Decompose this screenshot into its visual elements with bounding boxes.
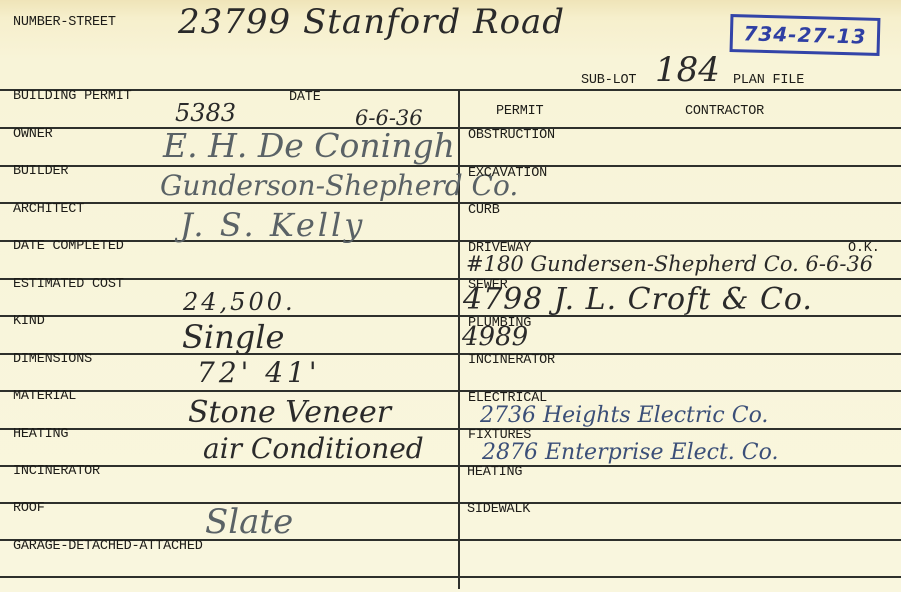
owner-value: E. H. De Coningh [163, 126, 455, 165]
permit-column-header: PERMIT [496, 104, 543, 119]
estimated-cost-label: ESTIMATED COST [13, 277, 124, 292]
curb-label: CURB [468, 203, 500, 218]
sub-lot-label: SUB-LOT [581, 73, 636, 88]
building-permit-value: 5383 [175, 99, 236, 127]
material-label: MATERIAL [13, 389, 76, 404]
kind-value: Single [182, 318, 284, 356]
architect-label: ARCHITECT [13, 202, 84, 217]
rule-line [0, 89, 901, 91]
date-label: DATE [289, 90, 321, 105]
rule-line [0, 165, 901, 167]
plumbing-value: 4989 [462, 322, 528, 352]
plan-file-label: PLAN FILE [733, 73, 804, 88]
heating-value: air Conditioned [203, 432, 424, 465]
rule-line [0, 465, 901, 467]
builder-value: Gunderson-Shepherd Co. [160, 169, 518, 202]
material-value: Stone Veneer [188, 395, 391, 430]
number-street-label: NUMBER-STREET [13, 15, 116, 30]
contractor-column-header: CONTRACTOR [685, 104, 764, 119]
rule-line [0, 576, 901, 578]
sewer-value: 4798 J. L. Croft & Co. [463, 282, 813, 317]
rule-line [0, 390, 901, 392]
architect-value: J. S. Kelly [180, 206, 365, 244]
heating-label: HEATING [13, 427, 68, 442]
file-number-stamp: 734-27-13 [730, 14, 881, 56]
owner-label: OWNER [13, 127, 53, 142]
building-permit-label: BUILDING PERMIT [13, 89, 132, 104]
number-street-value: 23799 Stanford Road [178, 2, 565, 42]
rule-line [0, 240, 901, 242]
fixtures-value: 2876 Enterprise Elect. Co. [482, 440, 778, 465]
building-permit-card: NUMBER-STREET 23799 Stanford Road 734-27… [0, 0, 901, 592]
driveway-value: #180 Gundersen-Shepherd Co. 6-6-36 [466, 252, 873, 276]
sub-lot-value: 184 [655, 50, 720, 90]
roof-value: Slate [205, 502, 293, 542]
column-divider [458, 89, 460, 589]
kind-label: KIND [13, 314, 45, 329]
dimensions-value: 72' 41' [197, 356, 321, 389]
incinerator-label: INCINERATOR [13, 464, 100, 479]
sidewalk-label: SIDEWALK [467, 502, 530, 517]
rule-line [0, 428, 901, 430]
rule-line [0, 278, 901, 280]
excavation-label: EXCAVATION [468, 166, 547, 181]
date-completed-label: DATE COMPLETED [13, 239, 124, 254]
heating-permit-label: HEATING [467, 465, 522, 480]
rule-line [0, 202, 901, 204]
rule-line [0, 353, 901, 355]
builder-label: BUILDER [13, 164, 68, 179]
rule-line [0, 502, 901, 504]
dimensions-label: DIMENSIONS [13, 352, 92, 367]
garage-label: GARAGE-DETACHED-ATTACHED [13, 539, 203, 554]
electrical-value: 2736 Heights Electric Co. [480, 403, 768, 428]
obstruction-label: OBSTRUCTION [468, 128, 555, 143]
incinerator-permit-label: INCINERATOR [468, 353, 555, 368]
estimated-cost-value: 24,500. [183, 288, 296, 316]
roof-label: ROOF [13, 501, 45, 516]
